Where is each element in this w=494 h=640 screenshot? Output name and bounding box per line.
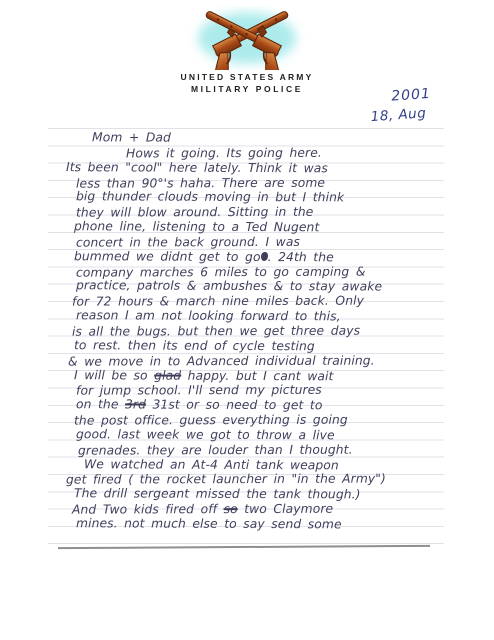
- letter-line: Hows it going. Its going here.: [62, 145, 454, 161]
- letter-line: reason I am not looking forward to this,: [62, 308, 454, 325]
- letter-page: UNITED STATES ARMY MILITARY POLICE 2001 …: [0, 0, 494, 640]
- letter-line: good. last week we got to throw a live: [62, 427, 454, 444]
- line-text: get fired ( the rocket launcher in "in t…: [66, 472, 386, 487]
- line-text: Hows it going. Its going here.: [126, 146, 322, 161]
- letter-line: grenades. they are louder than I thought…: [62, 442, 454, 458]
- line-text: phone line, listening to a Ted Nugent: [74, 219, 319, 234]
- ink-blot: ●: [261, 252, 268, 261]
- org-name-line1: UNITED STATES ARMY: [0, 72, 494, 82]
- line-text: big thunder clouds moving in but I think: [76, 190, 344, 205]
- line-text: I will be so: [74, 368, 154, 382]
- struck-word: so: [224, 502, 238, 516]
- line-text: 31st or so need to get to: [146, 398, 323, 413]
- line-text: to rest. then its end of cycle testing: [74, 338, 315, 353]
- struck-word: 3rd: [125, 398, 146, 412]
- line-text: Its been "cool" here lately. Think it wa…: [66, 160, 328, 175]
- letter-line: Mom + Dad: [62, 130, 454, 147]
- letter-line: mines. not much else to say send some: [62, 516, 454, 533]
- crossed-pistols-svg: [182, 6, 312, 70]
- letter-body: Mom + DadHows it going. Its going here.I…: [62, 131, 454, 532]
- line-text: good. last week we got to throw a live: [76, 427, 335, 442]
- date-year: 2001: [369, 86, 432, 106]
- line-text: less than 90°'s haha. There are some: [76, 175, 325, 190]
- letter-line: on the 3rd 31st or so need to get to: [62, 397, 454, 414]
- line-text: bummed we didnt get to go: [74, 249, 261, 264]
- line-text: is all the bugs. but then we get three d…: [72, 324, 360, 339]
- line-text: they will blow around. Sitting in the: [76, 205, 313, 220]
- letter-line: to rest. then its end of cycle testing: [62, 338, 454, 355]
- line-text: for jump school. I'll send my pictures: [76, 383, 322, 398]
- line-text: concert in the back ground. I was: [76, 235, 300, 250]
- line-text: practice, patrols & ambushes & to stay a…: [76, 279, 382, 294]
- date-block: 2001 18, Aug: [369, 86, 433, 125]
- line-text: And Two kids fired off: [72, 502, 224, 517]
- line-text: We watched an At-4 Anti tank weapon: [84, 457, 339, 472]
- line-text: happy. but I cant wait: [181, 368, 333, 383]
- letter-line: The drill sergeant missed the tank thoug…: [62, 486, 454, 503]
- letter-line: Its been "cool" here lately. Think it wa…: [62, 160, 454, 177]
- line-text: reason I am not looking forward to this,: [76, 308, 341, 323]
- letterhead: UNITED STATES ARMY MILITARY POLICE: [0, 6, 494, 94]
- letter-line: And Two kids fired off so two Claymore: [62, 501, 454, 517]
- line-text: Mom + Dad: [92, 130, 171, 144]
- line-text: company marches 6 miles to go camping &: [76, 264, 366, 279]
- line-text: on the: [76, 397, 125, 411]
- letter-line: phone line, listening to a Ted Nugent: [62, 219, 454, 236]
- line-text: for 72 hours & march nine miles back. On…: [72, 294, 364, 309]
- line-text: two Claymore: [238, 502, 334, 516]
- line-text: The drill sergeant missed the tank thoug…: [74, 486, 361, 501]
- line-text: grenades. they are louder than I thought…: [78, 442, 353, 457]
- line-text: the post office. guess everything is goi…: [74, 413, 348, 428]
- letter-line: & we move in to Advanced individual trai…: [62, 353, 454, 369]
- letter-line: is all the bugs. but then we get three d…: [62, 323, 454, 339]
- letter-line: they will blow around. Sitting in the: [62, 205, 454, 221]
- bottom-rule: [58, 545, 430, 549]
- line-text: mines. not much else to say send some: [76, 516, 342, 531]
- line-text: . 24th the: [268, 250, 334, 264]
- letter-line: for 72 hours & march nine miles back. On…: [62, 294, 454, 310]
- line-text: & we move in to Advanced individual trai…: [68, 353, 375, 368]
- letter-line: bummed we didnt get to go●. 24th the: [62, 249, 454, 266]
- crossed-pistols-icon: [182, 6, 312, 70]
- struck-word: glad: [154, 368, 181, 382]
- letter-line: concert in the back ground. I was: [62, 234, 454, 250]
- date-day-month: 18, Aug: [371, 105, 428, 125]
- letter-line: the post office. guess everything is goi…: [62, 412, 454, 428]
